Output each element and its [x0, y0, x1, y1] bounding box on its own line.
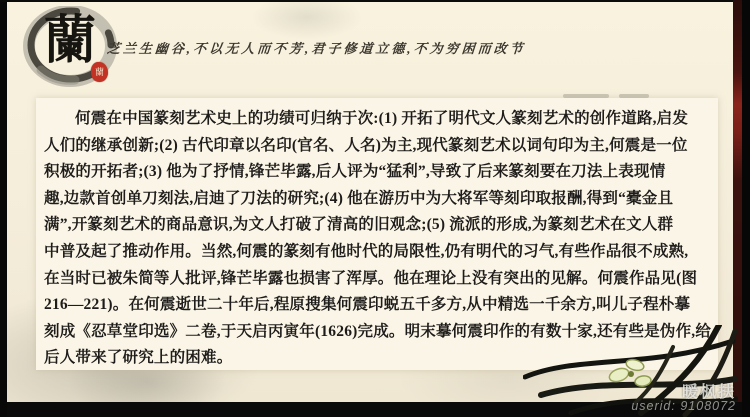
calligraphy-motto: 芝兰生幽谷,不以无人而不芳,君子修道立德,不为穷困而改节	[106, 38, 667, 57]
ink-wash-blob	[247, 2, 367, 42]
red-seal-stamp: 蘭	[91, 62, 108, 82]
frame-left-edge	[0, 0, 7, 417]
frame-right-edge	[742, 0, 750, 417]
watermark: 暖枫扶 userid: 9108072	[631, 379, 736, 413]
frame-top-edge	[0, 0, 750, 2]
watermark-userid: userid: 9108072	[631, 399, 736, 413]
video-frame: 蘭 蘭 芝兰生幽谷,不以无人而不芳,君子修道立德,不为穷困而改节 何震在中国篆刻…	[0, 0, 750, 417]
